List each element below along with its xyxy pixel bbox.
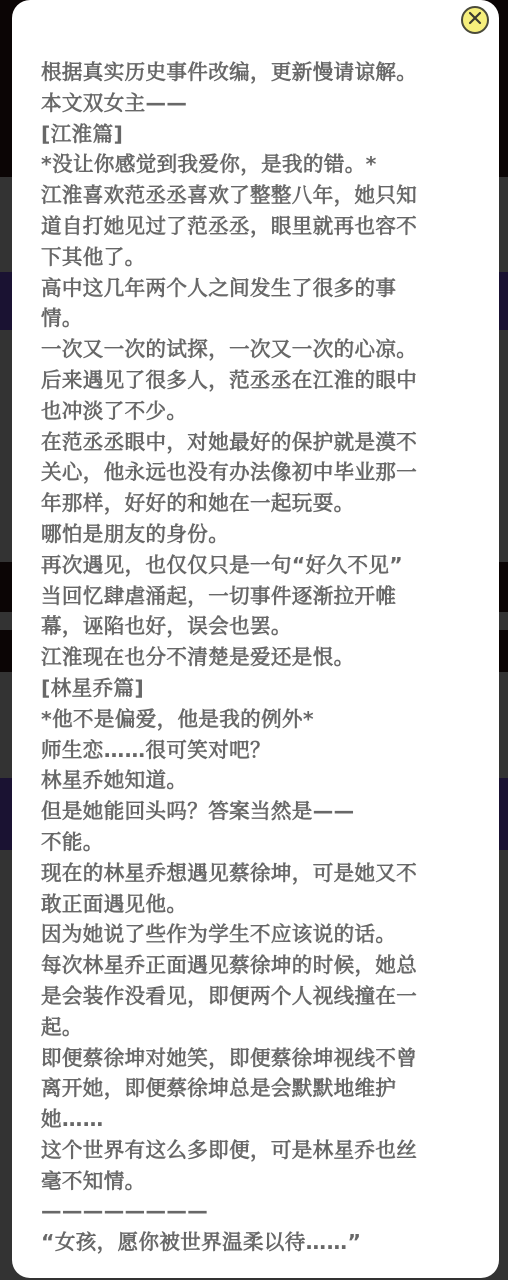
text-line: 情。 [41,303,481,334]
text-line: 本文双女主—— [41,88,481,119]
text-line: 再次遇见，也仅仅只是一句“好久不见” [41,550,481,581]
text-line: 关心，他永远也没有办法像初中毕业那一 [41,457,481,488]
text-line: 师生恋……很可笑对吧？ [41,735,481,766]
text-line: 下其他了。 [41,242,481,273]
text-line: 因为她说了些作为学生不应该说的话。 [41,919,481,950]
synopsis-modal: 根据真实历史事件改编，更新慢请谅解。 本文双女主—— [江淮篇] *没让你感觉到… [12,0,499,1278]
text-line: 高中这几年两个人之间发生了很多的事 [41,273,481,304]
text-line: 在范丞丞眼中，对她最好的保护就是漠不 [41,427,481,458]
section-heading-jianghuai: [江淮篇] [41,119,481,150]
section-heading-linxingqiao: [林星乔篇] [41,673,481,704]
text-line: 江淮喜欢范丞丞喜欢了整整八年，她只知 [41,180,481,211]
text-line: 每次林星乔正面遇见蔡徐坤的时候，她总 [41,950,481,981]
text-line: 后来遇见了很多人，范丞丞在江淮的眼中 [41,365,481,396]
close-button[interactable] [461,6,489,34]
text-line: 也冲淡了不少。 [41,396,481,427]
text-line: 毫不知情。 [41,1166,481,1197]
text-line: 年那样，好好的和她在一起玩耍。 [41,488,481,519]
text-line: *他不是偏爱，他是我的例外* [41,704,481,735]
text-line: 道自打她见过了范丞丞，眼里就再也容不 [41,211,481,242]
text-line: 是会装作没看见，即便两个人视线撞在一 [41,981,481,1012]
text-line: 即便蔡徐坤对她笑，即便蔡徐坤视线不曾 [41,1043,481,1074]
text-line: 这个世界有这么多即便，可是林星乔也丝 [41,1135,481,1166]
text-line: 不能。 [41,827,481,858]
text-line: 当回忆肆虐涌起，一切事件逐渐拉开帷 [41,581,481,612]
text-line: 但是她能回头吗？答案当然是—— [41,796,481,827]
text-line: 起。 [41,1012,481,1043]
close-icon [467,10,483,30]
divider-line: ———————— [41,1196,481,1227]
text-line: 林星乔她知道。 [41,765,481,796]
text-line: 哪怕是朋友的身份。 [41,519,481,550]
text-line: 幕，诬陷也好，误会也罢。 [41,611,481,642]
text-line: 敢正面遇见他。 [41,889,481,920]
closing-quote: “女孩，愿你被世界温柔以待……” [41,1227,481,1258]
synopsis-text: 根据真实历史事件改编，更新慢请谅解。 本文双女主—— [江淮篇] *没让你感觉到… [41,57,481,1258]
text-line: 离开她，即便蔡徐坤总是会默默地维护 [41,1073,481,1104]
text-line: 现在的林星乔想遇见蔡徐坤，可是她又不 [41,858,481,889]
text-line: *没让你感觉到我爱你，是我的错。* [41,149,481,180]
text-line: 根据真实历史事件改编，更新慢请谅解。 [41,57,481,88]
text-line: 她…… [41,1104,481,1135]
text-line: 江淮现在也分不清楚是爱还是恨。 [41,642,481,673]
text-line: 一次又一次的试探，一次又一次的心凉。 [41,334,481,365]
